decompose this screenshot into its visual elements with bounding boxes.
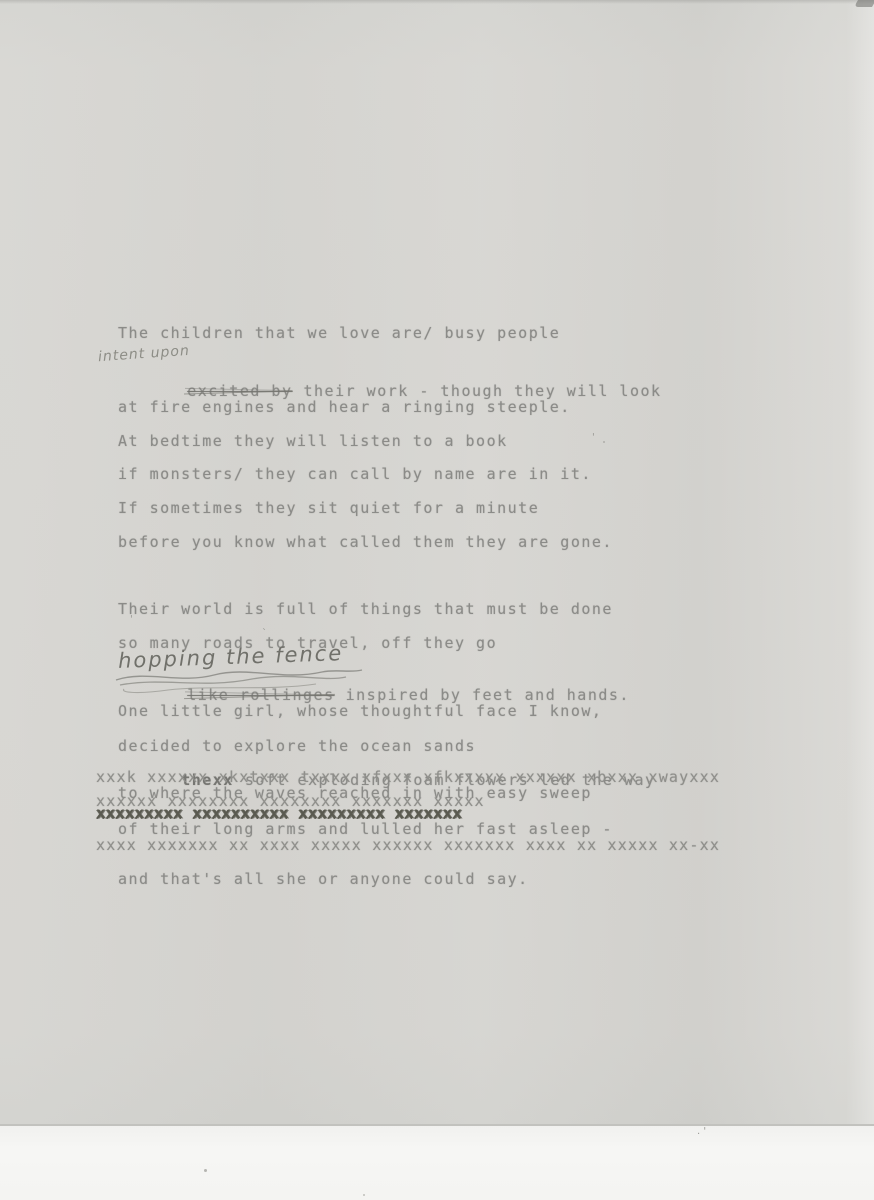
scanned-page: The children that we love are/ busy peop… (0, 0, 874, 1200)
poem-line: One little girl, whose thoughtful face I… (118, 702, 602, 720)
poem-line: The children that we love are/ busy peop… (118, 324, 560, 342)
handwritten-annotation: intent upon (98, 343, 191, 365)
scan-top-shadow (0, 0, 874, 4)
poem-line: at fire engines and hear a ringing steep… (118, 398, 571, 416)
pencil-tick: ` (262, 628, 267, 639)
ink-speck (603, 441, 605, 443)
scanner-backing: . ' (0, 1126, 874, 1200)
ink-speck (363, 1194, 365, 1196)
crossed-out-line: xxxx xxxxxxx xx xxxx xxxxx xxxxxx xxxxxx… (96, 836, 720, 854)
pencil-tick: ' (130, 614, 133, 625)
poem-line: if monsters/ they can call by name are i… (118, 465, 592, 483)
poem-line: If sometimes they sit quiet for a minute (118, 499, 539, 517)
paper-sheet: The children that we love are/ busy peop… (0, 0, 874, 1126)
corner-smudge (854, 0, 874, 7)
poem-line: before you know what called them they ar… (118, 533, 613, 551)
poem-line: Their world is full of things that must … (118, 600, 613, 618)
ink-speck: . ' (697, 1126, 706, 1137)
ink-speck (204, 1169, 207, 1172)
pencil-tick: ' (592, 432, 595, 443)
paper-edge-highlight (846, 0, 874, 1124)
poem-line: and that's all she or anyone could say. (118, 870, 529, 888)
poem-line: At bedtime they will listen to a book (118, 432, 508, 450)
